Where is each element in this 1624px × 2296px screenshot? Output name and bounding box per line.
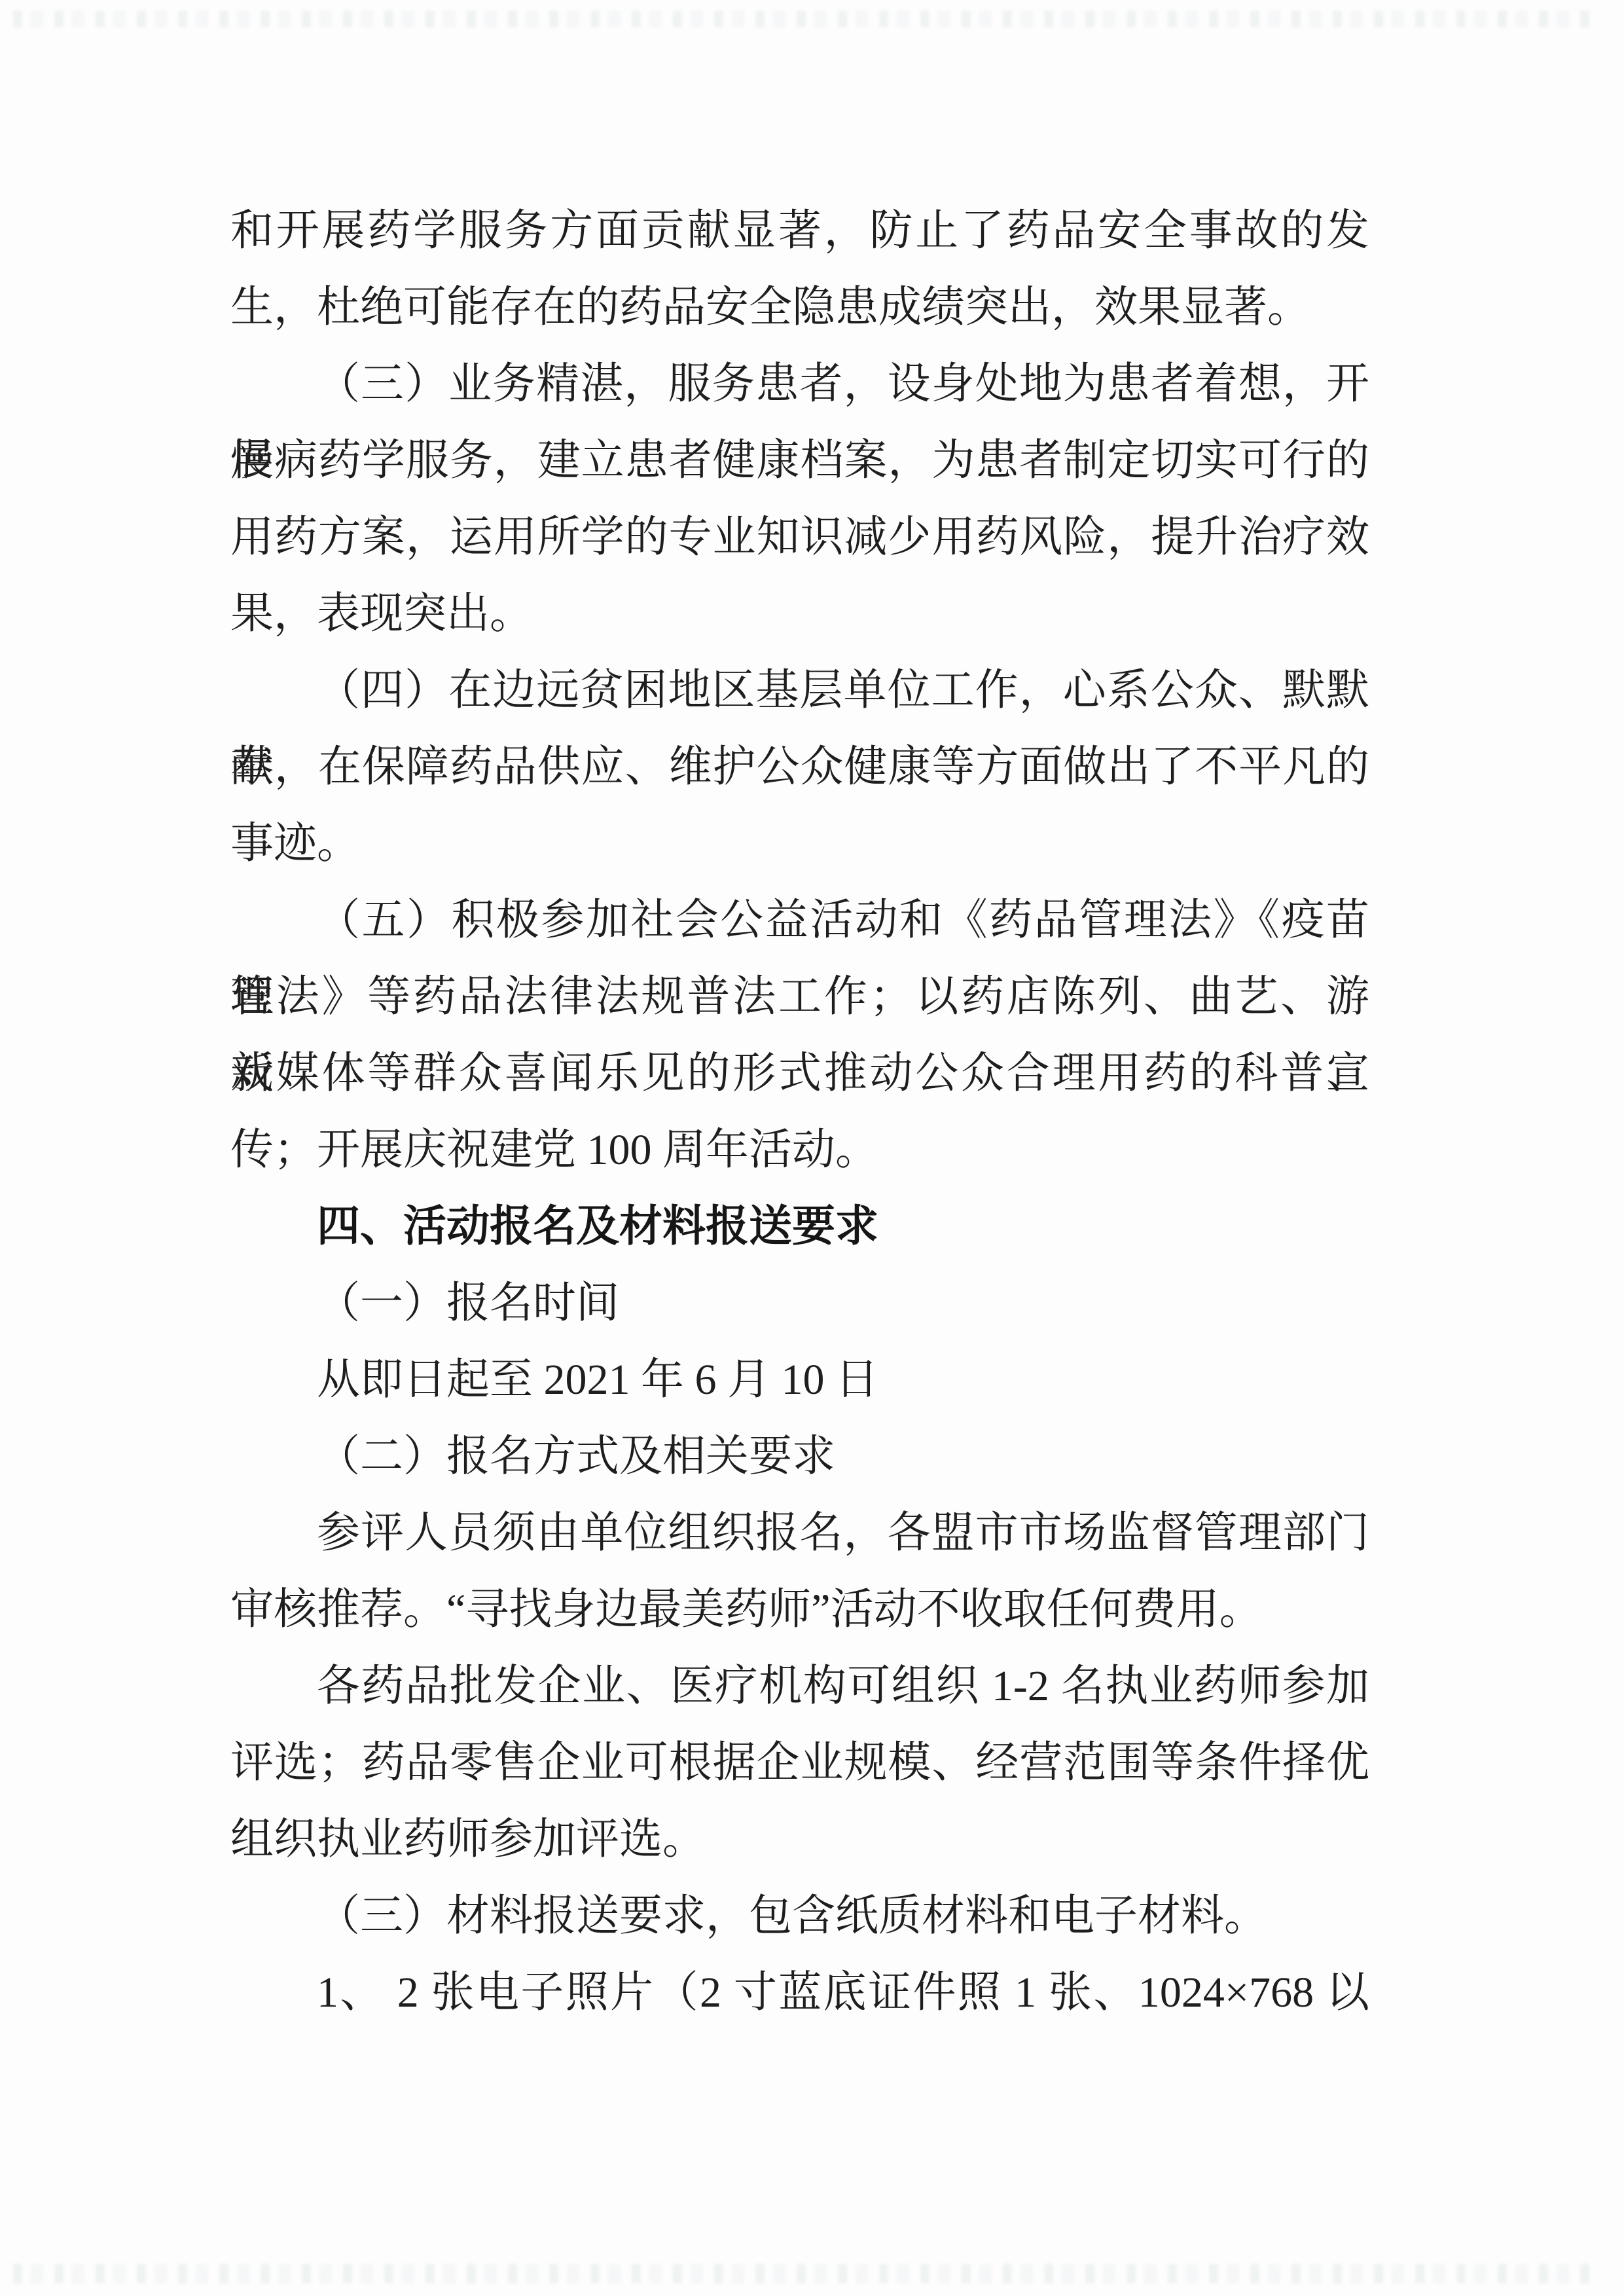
document-line: 用药方案，运用所学的专业知识减少用药风险，提升治疗效 <box>230 499 1369 575</box>
document-line: 1、 2 张电子照片（2 寸蓝底证件照 1 张、1024×768 以 <box>230 1954 1369 2031</box>
document-line: 事迹。 <box>230 805 1369 882</box>
section-heading: 四、活动报名及材料报送要求 <box>230 1188 1369 1265</box>
document-line: （五）积极参加社会公益活动和《药品管理法》《疫苗管 <box>230 882 1369 958</box>
document-line: 献，在保障药品供应、维护公众健康等方面做出了不平凡的 <box>230 729 1369 805</box>
document-line: （三）业务精湛，服务患者，设身处地为患者着想，开展 <box>230 346 1369 422</box>
document-line: 生，杜绝可能存在的药品安全隐患成绩突出，效果显著。 <box>230 269 1369 346</box>
scan-artifact-bottom-edge <box>13 2264 1597 2284</box>
document-line: 传；开展庆祝建党 100 周年活动。 <box>230 1112 1369 1188</box>
scan-artifact-top-edge <box>13 10 1597 27</box>
document-line: （一）报名时间 <box>230 1265 1369 1341</box>
document-line: 组织执业药师参加评选。 <box>230 1801 1369 1878</box>
document-text-block: 和开展药学服务方面贡献显著，防止了药品安全事故的发 生，杜绝可能存在的药品安全隐… <box>230 192 1369 2031</box>
document-line: 审核推荐。“寻找身边最美药师”活动不收取任何费用。 <box>230 1571 1369 1648</box>
document-line: 参评人员须由单位组织报名，各盟市市场监督管理部门 <box>230 1495 1369 1571</box>
document-line: 新媒体等群众喜闻乐见的形式推动公众合理用药的科普宣 <box>230 1035 1369 1112</box>
document-line: 评选；药品零售企业可根据企业规模、经营范围等条件择优 <box>230 1724 1369 1801</box>
document-line: （四）在边远贫困地区基层单位工作，心系公众、默默奉 <box>230 652 1369 729</box>
document-line: 各药品批发企业、医疗机构可组织 1-2 名执业药师参加 <box>230 1648 1369 1724</box>
document-line: （二）报名方式及相关要求 <box>230 1418 1369 1495</box>
document-line: 慢病药学服务，建立患者健康档案，为患者制定切实可行的 <box>230 422 1369 499</box>
document-line: 果，表现突出。 <box>230 575 1369 652</box>
document-page: 和开展药学服务方面贡献显著，防止了药品安全事故的发 生，杜绝可能存在的药品安全隐… <box>0 0 1624 2296</box>
document-line: （三）材料报送要求，包含纸质材料和电子材料。 <box>230 1878 1369 1954</box>
document-line: 理法》等药品法律法规普法工作；以药店陈列、曲艺、游戏、 <box>230 958 1369 1035</box>
document-line: 和开展药学服务方面贡献显著，防止了药品安全事故的发 <box>230 192 1369 269</box>
document-line: 从即日起至 2021 年 6 月 10 日 <box>230 1341 1369 1418</box>
